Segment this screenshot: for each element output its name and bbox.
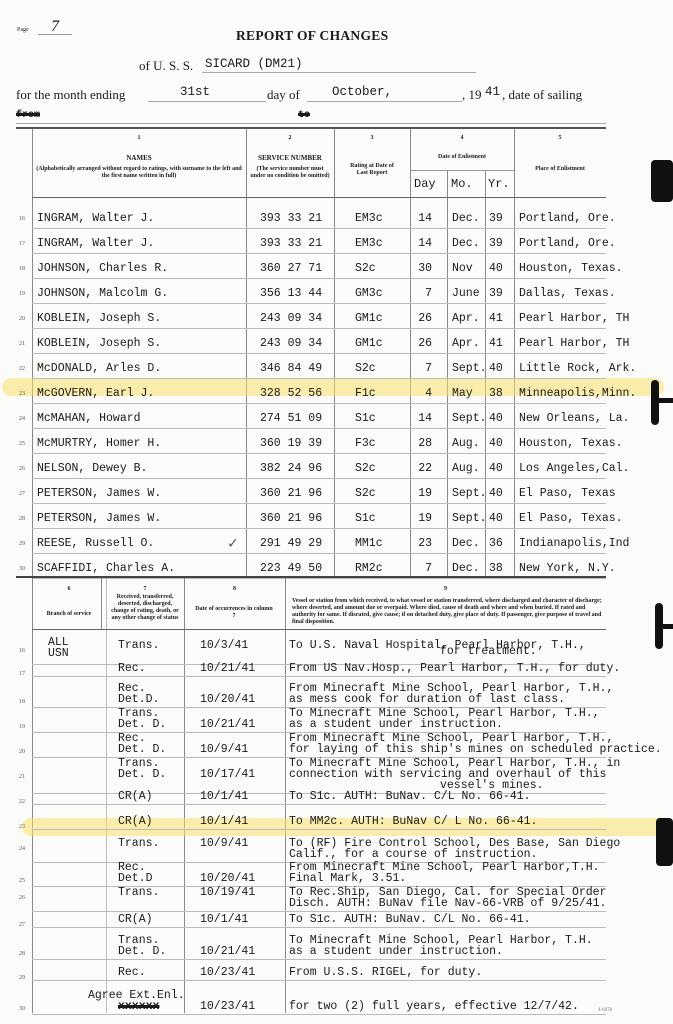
line-number: 21 [19,341,25,347]
service-number-cell: 393 33 21 [260,212,322,225]
month-cell: Dec. [452,212,480,225]
rating-cell: GM1c [355,337,383,350]
status-cell: Rec. [118,663,146,674]
col5-num: 5 [514,135,606,141]
col8-title: Date of occurrences in column 7 [194,606,274,620]
service-number-cell: 360 19 39 [260,437,322,450]
service-number-cell: 356 13 44 [260,287,322,300]
row-rule [32,278,606,279]
month-cell: Apr. [452,312,480,325]
remarks-cell: From U.S.S. RIGEL, for duty. [289,967,482,978]
rating-cell: MM1c [355,537,383,550]
rating-cell: S2c [355,487,376,500]
place-cell: Indianapolis,Ind [519,537,629,550]
month-cell: Dec. [452,562,480,575]
name-cell: KOBLEIN, Joseph S. [37,337,161,350]
month-cell: May [452,387,473,400]
col5-title: Place of Enlistment [514,166,606,173]
page-label: Page [17,27,29,33]
place-cell: New Orleans, La. [519,412,629,425]
col7-title: Received, transferred, deserted, dischar… [110,594,180,622]
table-row: 18JOHNSON, Charles R.360 27 71S2c30Nov40… [0,256,673,281]
row-rule [32,1014,606,1015]
day-cell: 28 [410,437,432,450]
line-number: 27 [19,491,25,497]
col1-title: NAMES [32,154,246,162]
date-cell: 10/21/41 [200,719,255,730]
line-number: 17 [19,671,25,677]
status-cell: Rec. [118,967,146,978]
day-cell: 14 [410,212,432,225]
table-row: 24McMAHAN, Howard274 51 09S1c14Sept.40Ne… [0,406,673,431]
remarks-cell: To U.S. Naval Hospital, Pearl Harbor, T.… [289,640,586,651]
form-code: 4-6078 [598,1008,612,1013]
name-cell: PETERSON, James W. [37,512,161,525]
ship-underline [202,72,476,73]
sailing-label: , date of sailing [502,87,582,103]
name-cell: McGOVERN, Earl J. [37,387,154,400]
date-cell: 10/23/41 [200,1001,255,1012]
line-number: 24 [19,846,25,852]
date-cell: 10/1/41 [200,816,248,827]
day-cell: 30 [410,262,432,275]
service-number-cell: 328 52 56 [260,387,322,400]
rating-cell: EM3c [355,237,383,250]
ship-name: SICARD (DM21) [205,57,303,71]
day-value: 31st [180,85,210,99]
line-number: 30 [19,1006,25,1012]
name-cell: NELSON, Dewey B. [37,462,147,475]
line-number: 20 [19,749,25,755]
month-cell: June [452,287,480,300]
day-cell: 22 [410,462,432,475]
month-cell: Nov [452,262,473,275]
name-cell: PETERSON, James W. [37,487,161,500]
header-bottom-rule [32,197,606,198]
month-label: for the month ending [16,87,125,103]
row-rule [32,911,606,912]
table-row: 19JOHNSON, Malcolm G.356 13 44GM3c7June3… [0,281,673,306]
year-prefix: , 19 [462,87,482,103]
line-number: 21 [19,774,25,780]
day-cell: 7 [410,287,432,300]
row-rule [32,253,606,254]
table-row: 22McDONALD, Arles D.346 84 49S2c7Sept.40… [0,356,673,381]
rating-cell: EM3c [355,212,383,225]
line-number: 28 [19,516,25,522]
place-cell: Portland, Ore. [519,212,616,225]
col4-month: Mo. [451,177,473,191]
status-cell: Det. D. [118,769,166,780]
line-number: 23 [19,391,25,397]
from-struck: from [16,110,40,121]
line-number: 16 [19,216,25,222]
row-rule [32,328,606,329]
col4-num: 4 [410,135,514,141]
line-number: 27 [19,922,25,928]
page-number: 7 [38,18,72,35]
month-value: October, [332,85,392,99]
place-cell: Portland, Ore. [519,237,616,250]
day-cell: 26 [410,337,432,350]
row-rule [32,378,606,379]
row-rule [32,478,606,479]
day-cell: 14 [410,412,432,425]
year-cell: 36 [489,537,503,550]
line-number: 25 [19,441,25,447]
place-cell: Houston, Texas. [519,262,623,275]
name-cell: SCAFFIDI, Charles A. [37,562,175,575]
rating-cell: S2c [355,262,376,275]
service-number-cell: 223 49 50 [260,562,322,575]
table-row: 16INGRAM, Walter J.393 33 21EM3c14Dec.39… [0,206,673,231]
remarks-cell: From US Nav.Hosp., Pearl Harbor, T.H., f… [289,663,620,674]
status-cell: Det.D. [118,694,159,705]
line-number: 17 [19,241,25,247]
binder-tab [655,398,673,403]
binder-tab [651,160,673,202]
month-cell: Sept. [452,412,487,425]
table-row: 28PETERSON, James W.360 21 96S1c19Sept.4… [0,506,673,531]
year-cell: 41 [489,337,503,350]
col-divider [285,578,286,1013]
remarks-cell: Disch. AUTH: BuNav file Nav-66-VRB of 9/… [289,898,606,909]
remarks-cell: for two (2) full years, effective 12/7/4… [289,1001,579,1012]
place-cell: Minneapolis,Minn. [519,387,636,400]
bottom-table-rule [16,576,606,578]
table-row: 27PETERSON, James W.360 21 96S2c19Sept.4… [0,481,673,506]
remarks-cell: for treatment. [440,646,537,657]
col7-num: 7 [106,586,184,592]
remarks-cell: To MM2c. AUTH: BuNav C/ L No. 66-41. [289,816,537,827]
row-rule [32,453,606,454]
name-cell: McMAHAN, Howard [37,412,141,425]
col3-title: Rating at Date of Last Report [344,163,400,177]
line-number: 22 [19,366,25,372]
year-cell: 40 [489,487,503,500]
service-number-cell: 393 33 21 [260,237,322,250]
col2-note: (The service number must under no condit… [250,166,330,180]
line-number: 19 [19,291,25,297]
status-cell: Det.D [118,873,153,884]
line-number: 30 [19,566,25,572]
year-cell: 40 [489,262,503,275]
header-bottom-rule [32,629,606,630]
status-cell: CR(A) [118,791,153,802]
date-subheader-rule [410,170,514,171]
name-cell: REESE, Russell O. [37,537,154,550]
remarks-cell: To S1c. AUTH: BuNav. C/L No. 66-41. [289,791,531,802]
line-number: 29 [19,975,25,981]
remarks-cell: Final Mark, 3.51. [289,873,406,884]
day-cell: 19 [410,487,432,500]
month-underline [307,101,462,102]
row-rule [32,959,606,960]
col3-num: 3 [334,135,410,141]
remarks-cell: as a student under instruction. [289,719,503,730]
rating-cell: GM3c [355,287,383,300]
col-divider [32,578,33,1013]
date-cell: 10/21/41 [200,946,255,957]
day-cell: 7 [410,562,432,575]
date-cell: 10/17/41 [200,769,255,780]
service-number-cell: 291 49 29 [260,537,322,550]
year-cell: 40 [489,462,503,475]
to-struck: to [298,110,310,121]
place-cell: New York, N.Y. [519,562,616,575]
name-cell: McMURTRY, Homer H. [37,437,161,450]
col4-day: Day [414,177,436,191]
line-number: 26 [19,895,25,901]
col9-num: 9 [285,586,606,592]
rating-cell: F3c [355,437,376,450]
place-cell: El Paso, Texas. [519,512,623,525]
year-cell: 40 [489,362,503,375]
year-cell: 38 [489,387,503,400]
service-number-cell: 243 09 34 [260,312,322,325]
remarks-cell: To S1c. AUTH: BuNav. C/L No. 66-41. [289,914,531,925]
date-cell: 10/1/41 [200,791,248,802]
col-divider [184,578,185,1013]
service-number-cell: 382 24 96 [260,462,322,475]
month-cell: Sept. [452,487,487,500]
date-cell: 10/9/41 [200,744,248,755]
date-cell: 10/20/41 [200,694,255,705]
year-cell: 40 [489,437,503,450]
col4-title: Date of Enlistment [410,154,514,161]
check-mark-icon: ✓ [228,533,238,553]
place-cell: Dallas, Texas. [519,287,616,300]
day-of-label: day of [267,87,300,103]
day-cell: 19 [410,512,432,525]
name-cell: JOHNSON, Malcolm G. [37,287,168,300]
row-rule [32,528,606,529]
row-rule [32,980,606,981]
service-number-cell: 360 21 96 [260,487,322,500]
col-divider [106,578,107,1013]
top-table-rule [16,127,606,129]
branch-line-2: USN [48,648,69,659]
status-cell: Trans. [118,838,159,849]
status-cell: CR(A) [118,816,153,827]
row-rule [32,676,606,677]
col8-num: 8 [184,586,285,592]
line-number: 22 [19,799,25,805]
place-cell: Los Angeles,Cal. [519,462,629,475]
place-cell: Houston, Texas. [519,437,623,450]
col9-title: Vessel or station from which received, t… [292,598,602,626]
status-cell: CR(A) [118,914,153,925]
table-row: 26NELSON, Dewey B.382 24 96S2c22Aug.40Lo… [0,456,673,481]
row-rule [32,804,606,805]
date-cell: 10/1/41 [200,914,248,925]
date-cell: 10/20/41 [200,873,255,884]
service-number-cell: 360 27 71 [260,262,322,275]
from-underline [16,123,606,124]
name-cell: INGRAM, Walter J. [37,212,154,225]
report-title: REPORT OF CHANGES [236,28,388,44]
line-number: 25 [19,878,25,884]
row-rule [32,927,606,928]
date-cell: 10/19/41 [200,887,255,898]
row-rule [32,303,606,304]
line-number: 29 [19,541,25,547]
day-cell: 4 [410,387,432,400]
remarks-cell: as a student under instruction. [289,946,503,957]
col1-note: (Alphabetically arranged without regard … [34,166,244,180]
row-rule [32,428,606,429]
rating-cell: S1c [355,412,376,425]
line-number: 24 [19,416,25,422]
rating-cell: S2c [355,462,376,475]
table-row: 20KOBLEIN, Joseph S.243 09 34GM1c26Apr.4… [0,306,673,331]
year-cell: 39 [489,237,503,250]
month-cell: Sept. [452,512,487,525]
rating-cell: GM1c [355,312,383,325]
binder-tab [656,818,673,866]
row-rule [32,553,606,554]
col2-title: SERVICE NUMBER [246,154,334,162]
row-rule [32,228,606,229]
date-cell: 10/21/41 [200,663,255,674]
month-cell: Aug. [452,437,480,450]
status-cell: Det. D. [118,946,166,957]
line-number: 23 [19,824,25,830]
col6-num: 6 [32,586,106,592]
col2-num: 2 [246,135,334,141]
row-rule [32,353,606,354]
row-rule [32,829,606,830]
month-cell: Aug. [452,462,480,475]
row-rule [32,403,606,404]
service-number-cell: 346 84 49 [260,362,322,375]
status-cell: xxxxxx [118,1001,159,1012]
year-cell: 40 [489,412,503,425]
table-row: 17INGRAM, Walter J.393 33 21EM3c14Dec.39… [0,231,673,256]
month-cell: Sept. [452,362,487,375]
remarks-cell: Calif., for a course of instruction. [289,849,537,860]
year-cell: 41 [489,312,503,325]
line-number: 20 [19,316,25,322]
day-underline [148,101,266,102]
status-cell: Det. D. [118,744,166,755]
table-row: 21KOBLEIN, Joseph S.243 09 34GM1c26Apr.4… [0,331,673,356]
col1-num: 1 [32,135,246,141]
day-cell: 26 [410,312,432,325]
line-number: 28 [19,951,25,957]
name-cell: KOBLEIN, Joseph S. [37,312,161,325]
month-cell: Dec. [452,537,480,550]
month-cell: Dec. [452,237,480,250]
ship-label: of U. S. S. [139,58,193,74]
service-number-cell: 360 21 96 [260,512,322,525]
year-cell: 40 [489,512,503,525]
row-rule [32,578,606,579]
rating-cell: S2c [355,362,376,375]
status-cell: Det. D. [118,719,166,730]
status-cell: Trans. [118,887,159,898]
place-cell: El Paso, Texas [519,487,616,500]
line-number: 19 [19,724,25,730]
rating-cell: F1c [355,387,376,400]
date-cell: 10/9/41 [200,838,248,849]
col4-year: Yr. [488,177,510,191]
place-cell: Little Rock, Ark. [519,362,636,375]
remarks-cell: as mess cook for duration of last class. [289,694,565,705]
table-row: 23McGOVERN, Earl J.328 52 56F1c4May38Min… [0,381,673,406]
name-cell: INGRAM, Walter J. [37,237,154,250]
line-number: 18 [19,699,25,705]
binder-tab [660,624,673,629]
date-cell: 10/23/41 [200,967,255,978]
place-cell: Pearl Harbor, TH [519,312,629,325]
row-rule [32,503,606,504]
service-number-cell: 274 51 09 [260,412,322,425]
place-cell: Pearl Harbor, TH [519,337,629,350]
service-number-cell: 243 09 34 [260,337,322,350]
year-value: 41 [485,85,500,99]
col6-title: Branch of service [32,611,106,618]
year-cell: 38 [489,562,503,575]
year-cell: 39 [489,287,503,300]
name-cell: JOHNSON, Charles R. [37,262,168,275]
day-cell: 14 [410,237,432,250]
remarks-cell: for laying of this ship's mines on sched… [289,744,662,755]
line-number: 18 [19,266,25,272]
rating-cell: S1c [355,512,376,525]
name-cell: McDONALD, Arles D. [37,362,161,375]
line-number: 26 [19,466,25,472]
month-cell: Apr. [452,337,480,350]
table-row: 25McMURTRY, Homer H.360 19 39F3c28Aug.40… [0,431,673,456]
year-cell: 39 [489,212,503,225]
table-row: 29REESE, Russell O.291 49 29MM1c23Dec.36… [0,531,673,556]
day-cell: 7 [410,362,432,375]
rating-cell: RM2c [355,562,383,575]
status-cell: Trans. [118,640,159,651]
day-cell: 23 [410,537,432,550]
line-number: 16 [19,648,25,654]
date-cell: 10/3/41 [200,640,248,651]
